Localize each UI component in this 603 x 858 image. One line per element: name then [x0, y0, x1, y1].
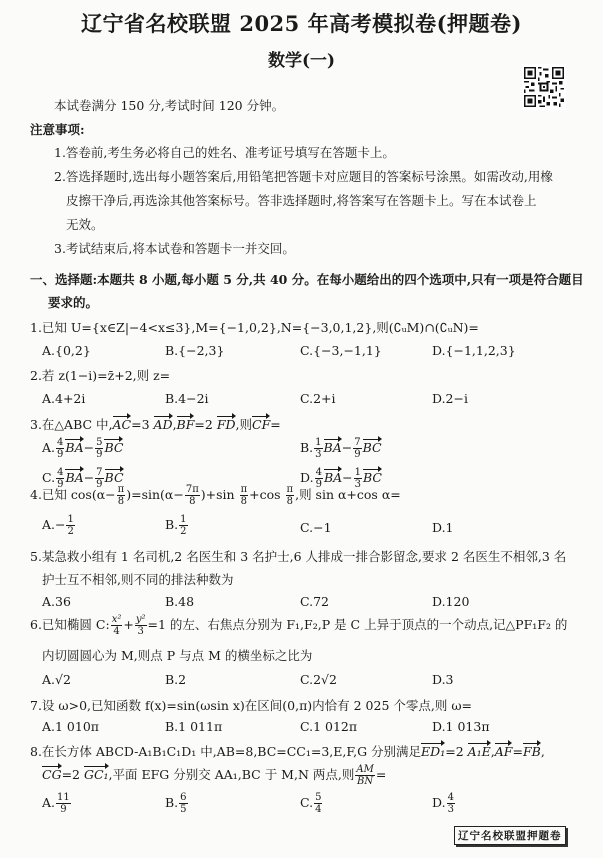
option-a[interactable]: A.1 010π — [42, 719, 99, 734]
option-b[interactable]: B.13BA−79BC — [300, 437, 382, 460]
option-c[interactable]: C.2√2 — [300, 672, 337, 687]
exam-intro: 本试卷满分 150 分,考试时间 120 分钟。 — [54, 96, 284, 114]
question-stem-cont: 内切圆圆心为 M,则点 P 与点 M 的横坐标之比为 — [42, 646, 312, 664]
option-c[interactable]: C.1 012π — [300, 719, 357, 734]
vector: BC — [363, 440, 382, 455]
option-a[interactable]: A.4+2i — [42, 391, 85, 406]
fraction: 49 — [56, 437, 64, 460]
vector: BA — [324, 470, 342, 485]
vector: BC — [104, 440, 123, 455]
option-d[interactable]: D.3 — [432, 672, 454, 687]
option-label: C. — [42, 470, 55, 485]
note-item-2-cont: 皮擦干净后,再选涂其他答案标号。答非选择题时,将答案写在答题卡上。写在本试卷上 — [66, 191, 536, 209]
fraction: 65 — [179, 792, 187, 815]
fraction: 7π8 — [185, 484, 200, 507]
question-stem: 2.若 z(1−i)=z̄+2,则 z= — [30, 366, 170, 384]
fraction: x²4 — [111, 614, 123, 637]
option-a[interactable]: A.−12 — [42, 514, 76, 537]
option-c[interactable]: C.2+i — [300, 391, 336, 406]
vector: BA — [65, 440, 83, 455]
question-stem: 7.设 ω>0,已知函数 f(x)=sin(ωsin x)在区间(0,π)内恰有… — [30, 696, 472, 714]
vector: BC — [105, 470, 124, 485]
question-stem: 4.已知 cos(α−π8)=sin(α−7π8)+sin π8+cos π8,… — [30, 484, 401, 507]
fraction: 43 — [447, 792, 455, 815]
note-item-2: 2.答选择题时,选出每小题答案后,用铅笔把答题卡对应题目的答案标号涂黑。如需改动… — [54, 167, 553, 185]
stem-text: =2 — [194, 417, 216, 432]
note-item-1: 1.答卷前,考生务必将自己的姓名、准考证号填写在答题卡上。 — [54, 143, 395, 161]
option-d[interactable]: D.120 — [432, 594, 469, 609]
vector: CF — [252, 417, 270, 432]
fraction: π8 — [286, 484, 295, 507]
stem-text: =3 — [131, 417, 153, 432]
option-a[interactable]: A.36 — [42, 594, 71, 609]
stem-text: ,则 — [236, 417, 252, 432]
fraction: 59 — [95, 437, 103, 460]
option-a[interactable]: A.119 — [42, 792, 72, 815]
fraction: 119 — [56, 792, 71, 815]
vector: GC₁ — [84, 767, 109, 782]
option-a[interactable]: A.{0,2} — [42, 343, 91, 358]
option-b[interactable]: B.12 — [165, 514, 189, 537]
note-item-2-end: 无效。 — [66, 215, 104, 233]
option-a[interactable]: A.49BA−59BC — [42, 437, 123, 460]
option-c[interactable]: C.72 — [300, 594, 329, 609]
vector: AF — [495, 744, 513, 759]
option-c[interactable]: C.−1 — [300, 520, 332, 535]
notes-heading: 注意事项: — [30, 120, 85, 138]
fraction: 79 — [353, 437, 361, 460]
stem-text: = — [270, 417, 280, 432]
question-stem: 8.在长方体 ABCD-A₁B₁C₁D₁ 中,AB=8,BC=CC₁=3,E,F… — [30, 742, 545, 760]
vector: BC — [363, 470, 382, 485]
fraction: π8 — [117, 484, 126, 507]
option-d[interactable]: D.{−1,1,2,3} — [432, 343, 516, 358]
option-c[interactable]: C.54 — [300, 792, 323, 815]
qr-code-icon[interactable] — [522, 64, 566, 110]
option-label: A. — [42, 440, 55, 455]
vector: AC — [113, 417, 132, 432]
section-heading: 一、选择题:本题共 8 小题,每小题 5 分,共 40 分。在每小题给出的四个选… — [30, 270, 584, 288]
exam-title: 辽宁省名校联盟 2025 年高考模拟卷(押题卷) — [0, 8, 603, 38]
option-label: D. — [300, 470, 314, 485]
option-b[interactable]: B.4−2i — [165, 391, 209, 406]
option-c[interactable]: C.{−3,−1,1} — [300, 343, 382, 358]
question-stem: 6.已知椭圆 C:x²4+y²3=1 的左、右焦点分别为 F₁,F₂,P 是 C… — [30, 614, 567, 637]
vector: FB — [523, 744, 541, 759]
vector: ED₁ — [421, 744, 445, 759]
footer-badge: 辽宁名校联盟押题卷 — [454, 826, 566, 845]
question-stem: 5.某急救小组有 1 名司机,2 名医生和 3 名护士,6 人排成一排合影留念,… — [30, 547, 566, 565]
vector: FD — [217, 417, 236, 432]
option-d[interactable]: D.43 — [432, 792, 456, 815]
fraction: AMBN — [355, 764, 374, 787]
option-b[interactable]: B.48 — [165, 594, 194, 609]
option-d[interactable]: D.2−i — [432, 391, 468, 406]
option-a[interactable]: A.√2 — [42, 672, 71, 687]
question-stem-cont: CG=2 GC₁,平面 EFG 分别交 AA₁,BC 于 M,N 两点,则AMB… — [42, 764, 386, 787]
vector: AD — [154, 417, 173, 432]
question-stem-cont: 护士互不相邻,则不同的排法种数为 — [42, 570, 233, 588]
option-b[interactable]: B.65 — [165, 792, 189, 815]
option-d[interactable]: D.1 013π — [432, 719, 490, 734]
vector: CG — [42, 767, 62, 782]
fraction: y²3 — [135, 614, 147, 637]
question-stem: 1.已知 U={x∈Z|−4<x≤3},M={−1,0,2},N={−3,0,1… — [30, 318, 479, 336]
option-b[interactable]: B.{−2,3} — [165, 343, 224, 358]
option-label: B. — [300, 440, 313, 455]
vector: BA — [65, 470, 83, 485]
stem-text: 3.在△ABC 中, — [30, 417, 113, 432]
fraction: 54 — [314, 792, 322, 815]
question-stem: 3.在△ABC 中,AC=3 AD,BF=2 FD,则CF= — [30, 415, 281, 433]
section-heading-cont: 要求的。 — [48, 293, 98, 311]
vector: A₁E — [468, 744, 491, 759]
fraction: 12 — [66, 514, 74, 537]
option-b[interactable]: B.2 — [165, 672, 186, 687]
vector: BA — [324, 440, 342, 455]
fraction: 12 — [179, 514, 187, 537]
fraction: 13 — [314, 437, 322, 460]
exam-subtitle: 数学(一) — [0, 46, 603, 71]
vector: BF — [177, 417, 195, 432]
option-d[interactable]: D.1 — [432, 520, 454, 535]
note-item-3: 3.考试结束后,将本试卷和答题卡一并交回。 — [54, 239, 295, 257]
option-b[interactable]: B.1 011π — [165, 719, 222, 734]
fraction: π8 — [240, 484, 249, 507]
